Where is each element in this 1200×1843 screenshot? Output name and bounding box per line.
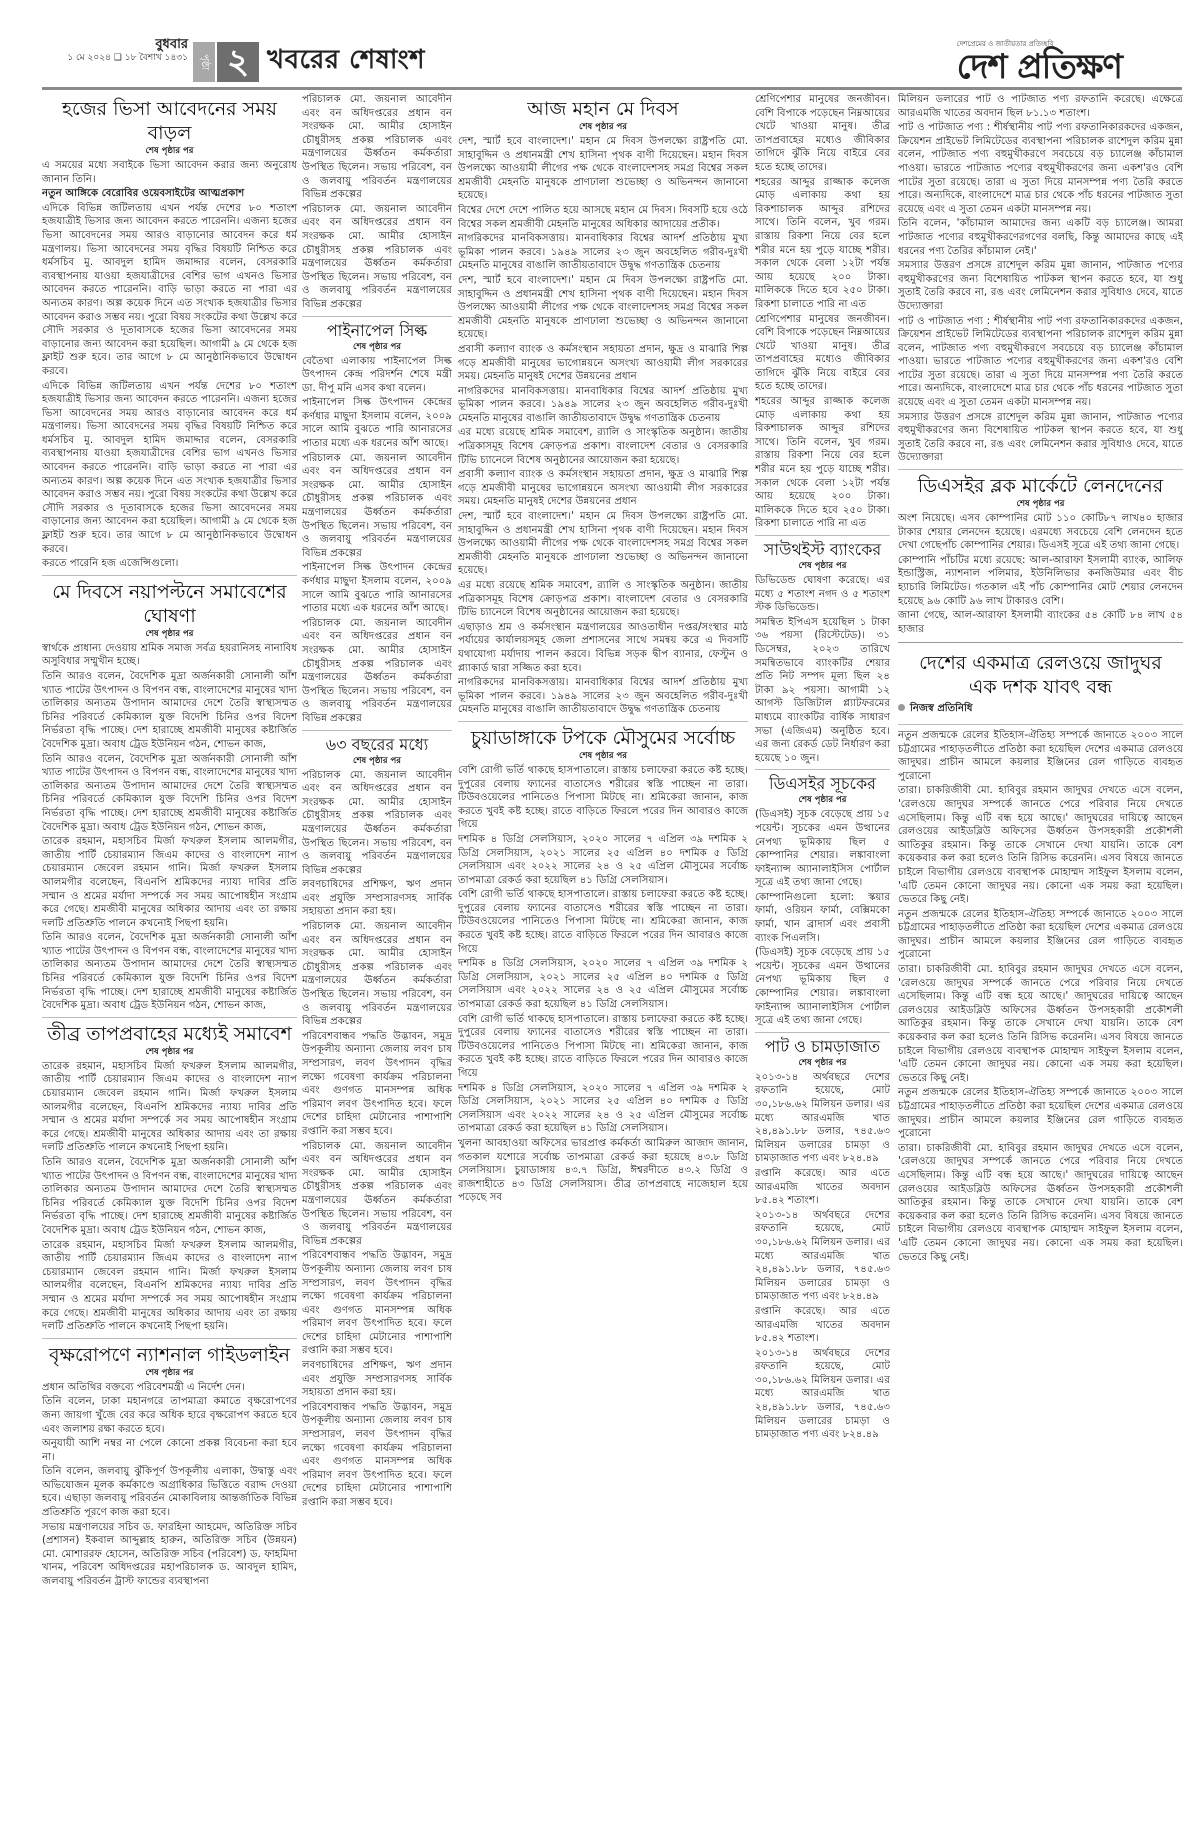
paragraph: নাগরিকদের মানবিকসত্তায়। মানবাধিকার বিশ্…: [458, 232, 748, 273]
page-label: পৃষ্ঠা: [193, 42, 215, 82]
column-1: হজের ভিসা আবেদনের সময় বাড়ল শেষ পৃষ্ঠার…: [42, 93, 297, 1843]
paragraph: খুলনা আবহাওয়া অফিসের ভারপ্রাপ্ত কর্মকর্…: [458, 1137, 748, 1205]
headline: চুয়াডাঙ্গাকে টপকে মৌসুমের সর্বোচ্চ: [458, 726, 748, 750]
paragraph: শহরের আব্দুর রাজ্জাক কলেজ মোড় এলাকায় ক…: [755, 395, 890, 531]
paragraph: নাগরিকদের মানবিকসত্তায়। মানবাধিকার বিশ্…: [458, 385, 748, 426]
article-railway-museum: দেশের একমাত্র রেলওয়ে জাদুঘর এক দশক যাবৎ…: [898, 642, 1183, 1264]
paragraph: সভায় মন্ত্রণালয়ের সচিব ড. ফারহিনা আহমে…: [42, 1521, 297, 1589]
paragraph: দশমিক ৪ ডিগ্রি সেলসিয়াস, ২০২০ সালের ৭ এ…: [458, 1082, 748, 1136]
continued-label: শেষ পৃষ্ঠার পর: [42, 1046, 297, 1058]
paragraph: ২০১৩-১৪ অর্থবছরে দেশের রফতানি হয়েছে, মো…: [755, 1347, 890, 1442]
article-may-day: আজ মহান মে দিবস শেষ পৃষ্ঠার পর দেশ, স্মা…: [458, 97, 748, 717]
paragraph: ২০১৩-১৪ অর্থবছরে দেশের রফতানি হয়েছে, মো…: [755, 1071, 890, 1166]
article-dse-index: ডিএসইর সূচকের শেষ পৃষ্ঠার পর (ডিএসই) সূচ…: [755, 774, 890, 1028]
paragraph: পরিবেশবান্ধব পদ্ধতি উদ্ভাবন, সমুদ্র উপকূ…: [302, 1249, 452, 1358]
headline: বৃক্ষরোপণে ন্যাশনাল গাইডলাইন: [42, 1343, 297, 1367]
header-rule: [42, 87, 1182, 90]
divider: [755, 769, 890, 770]
subheading: নতুন আঙ্গিকে বেরোবির ওয়েবসাইটের আত্মপ্র…: [42, 187, 297, 201]
divider: [898, 724, 1183, 725]
headline: তীব্র তাপপ্রবাহের মধ্যেই সমাবেশ: [42, 1022, 297, 1046]
paragraph: করতে পারেনি হজ এজেন্সিগুলো।: [42, 557, 297, 571]
paragraph: পাইনাপেল সিল্ক উৎপাদন কেন্দ্রের কর্ণধার …: [302, 396, 452, 450]
paragraph: শহরের আব্দুর রাজ্জাক কলেজ মোড় এলাকায় ক…: [755, 176, 890, 312]
paragraph: নতুন প্রজন্মকে রেলের ইতিহাস-ঐতিহ্য সম্পর…: [898, 1086, 1183, 1140]
paragraph: তারা। চাকরিজীবী মো. হাবিবুর রহমান জাদুঘর…: [898, 784, 1183, 906]
paragraph: প্রবাসী কল্যাণ ব্যাংক ও কর্মসংস্থান সহায…: [458, 343, 748, 384]
column-5: শ্রেণিপেশার মানুষের জনজীবন। বেশি বিপাকে …: [755, 93, 890, 1843]
paragraph: বিশ্বের দেশে দেশে পালিত হয়ে আসছে মহান ম…: [458, 204, 748, 231]
paragraph: কোম্পানি পাঁচটির মধ্যে রয়েছে: আল-আরাফা …: [898, 554, 1183, 608]
paragraph: নতুন প্রজন্মকে রেলের ইতিহাস-ঐতিহ্য সম্পর…: [898, 729, 1183, 783]
continued-label: শেষ পৃষ্ঠার পর: [898, 498, 1183, 510]
paragraph: পরিচালক মো. জয়নাল আবেদীন এবং বন অধিদপ্ত…: [302, 769, 452, 878]
paragraph: প্রবাসী কল্যাণ ব্যাংক ও কর্মসংস্থান সহায…: [458, 468, 748, 509]
headline: মে দিবসে নয়াপল্টনে সমাবেশের ঘোষণা: [42, 580, 297, 628]
paragraph: এ সময়ের মধ্যে সবাইকে ভিসা আবেদন করার জন…: [42, 159, 297, 186]
newspaper-logo: দেশপ্রেমের ও জাতীয়তার প্রতিচ্ছবি দেশ প্…: [957, 40, 1122, 85]
paragraph: (ডিএসই) সূচক বেড়েছে প্রায় ১৫ পয়েন্ট। …: [755, 946, 890, 1028]
divider: [898, 469, 1183, 470]
paragraph: পরিচালক মো. জয়নাল আবেদীন এবং বন অধিদপ্ত…: [302, 93, 452, 202]
paragraph: দশমিক ৪ ডিগ্রি সেলসিয়াস, ২০২০ সালের ৭ এ…: [458, 833, 748, 887]
paragraph: কোম্পানিগুলো হলো: স্কয়ার ফার্মা, ওরিয়ন…: [755, 891, 890, 945]
paragraph: বেশি রোগী ভর্তি থাকছে হাসপাতালে। রাস্তায…: [458, 888, 748, 956]
paragraph: ডিভিডেন্ড ঘোষণা করেছে। এর মধ্যে ৫ শতাংশ …: [755, 574, 890, 615]
column-2: পরিচালক মো. জয়নাল আবেদীন এবং বন অধিদপ্ত…: [302, 93, 452, 1843]
logo-name: দেশ প্রতিক্ষণ: [957, 49, 1122, 85]
headline: সাউথইস্ট ব্যাংকের: [755, 540, 890, 560]
paragraph: সমন্বিত ইপিএস হয়েছিল ১ টাকা ৩৬ পয়সা (র…: [755, 616, 890, 766]
masthead: বুধবার ১ মে ২০২৪ ❑ ১৮ বৈশাখ ১৪৩১ পৃষ্ঠা …: [0, 0, 1200, 60]
article-hajj: হজের ভিসা আবেদনের সময় বাড়ল শেষ পৃষ্ঠার…: [42, 97, 297, 571]
paragraph: তারেক রহমান, মহাসচিব মির্জা ফখরুল ইসলাম …: [42, 1060, 297, 1155]
paragraph: দেশ, স্মার্ট হবে বাংলাদেশ।' মহান মে দিবস…: [458, 135, 748, 203]
article-pineapple-silk: পাইনাপেল সিল্ক শেষ পৃষ্ঠার পর বেতৈথা এলা…: [302, 321, 452, 726]
paragraph: মিলিয়ন ডলারের পাট ও পাটজাত পণ্য রফতানি …: [898, 93, 1183, 120]
paragraph: প্রধান অতিথির বক্তব্যে পরিবেশমন্ত্রী এ ন…: [42, 1381, 297, 1395]
paragraph: স্বার্থকে প্রাধান্য দেওয়ায় শ্রমিক সমাজ…: [42, 642, 297, 669]
paragraph: পাট ও পাটজাত পণ্য : শীর্ষস্থানীয় পাট পণ…: [898, 315, 1183, 410]
paragraph: তিনি আরও বলেন, বৈদেশিক মুদ্রা অর্জনকারী …: [42, 670, 297, 752]
article-tree-guideline: বৃক্ষরোপণে ন্যাশনাল গাইডলাইন শেষ পৃষ্ঠার…: [42, 1343, 297, 1589]
paragraph: দশমিক ৪ ডিগ্রি সেলসিয়াস, ২০২০ সালের ৭ এ…: [458, 957, 748, 1011]
paragraph: তারেক রহমান, মহাসচিব মির্জা ফখরুল ইসলাম …: [42, 835, 297, 930]
paragraph: তিনি বলেন, জলবায়ু ঝুঁকিপূর্ণ উপকূলীয় এ…: [42, 1465, 297, 1519]
divider: [42, 1338, 297, 1339]
paragraph: শ্রেণিপেশার মানুষের জনজীবন। বেশি বিপাকে …: [755, 93, 890, 175]
paragraph: তিনি আরও বলেন, বৈদেশিক মুদ্রা অর্জনকারী …: [42, 931, 297, 1013]
paragraph: রপ্তানি করেছে। আর এতে আরএমজি খাতের অবদান…: [755, 1305, 890, 1346]
paragraph: (ডিএসই) সূচক বেড়েছে প্রায় ১৫ পয়েন্ট। …: [755, 808, 890, 890]
column-6: মিলিয়ন ডলারের পাট ও পাটজাত পণ্য রফতানি …: [898, 93, 1183, 1843]
paragraph: বেশি রোগী ভর্তি থাকছে হাসপাতালে। রাস্তায…: [458, 1013, 748, 1081]
weekday: বুধবার: [60, 38, 188, 52]
headline: ডিএসইর সূচকের: [755, 774, 890, 794]
column-3: আজ মহান মে দিবস শেষ পৃষ্ঠার পর দেশ, স্মা…: [458, 93, 748, 1843]
continued-label: শেষ পৃষ্ঠার পর: [755, 1057, 890, 1069]
paragraph: তিনি আরও বলেন, বৈদেশিক মুদ্রা অর্জনকারী …: [42, 753, 297, 835]
paragraph: পরিচালক মো. জয়নাল আবেদীন এবং বন অধিদপ্ত…: [302, 452, 452, 561]
continued-label: শেষ পৃষ্ঠার পর: [458, 121, 748, 133]
paragraph: লবণচাষিদের প্রশিক্ষণ, ঋণ প্রদান এবং প্রয…: [302, 878, 452, 919]
paragraph: বেতৈথা এলাকায় পাইনাপেল সিল্ক উৎপাদন কেন…: [302, 355, 452, 396]
headline: হজের ভিসা আবেদনের সময় বাড়ল: [42, 97, 297, 145]
headline-line-2: এক দশক যাবৎ বন্ধ: [898, 675, 1183, 699]
paragraph: তারা। চাকরিজীবী মো. হাবিবুর রহমান জাদুঘর…: [898, 963, 1183, 1085]
headline: পাট ও চামড়াজাত: [755, 1037, 890, 1057]
paragraph: জানা গেছে, আল-আরাফা ইসলামী ব্যাংকের ৫৪ ক…: [898, 609, 1183, 636]
continued-label: শেষ পৃষ্ঠার পর: [302, 755, 452, 767]
paragraph: তিনি বলেন, ঢাকা মহানগরে তাপমাত্রা কমাতে …: [42, 1395, 297, 1436]
paragraph: অংশ নিয়েছে। এসব কোম্পানির মোট ১১০ কোটি৮…: [898, 512, 1183, 553]
headline: ৬৩ বছরের মধ্যে: [302, 735, 452, 755]
section-title: খবরের শেষাংশ: [267, 44, 425, 76]
headline: আজ মহান মে দিবস: [458, 97, 748, 121]
paragraph: সমস্যার উত্তরণ প্রসঙ্গে রাশেদুল করিম মুন…: [898, 411, 1183, 465]
page-number: ২: [217, 42, 259, 82]
paragraph: পরিচালক মো. জয়নাল আবেদীন এবং বন অধিদপ্ত…: [302, 920, 452, 1029]
paragraph: পরিবেশবান্ধব পদ্ধতি উদ্ভাবন, সমুদ্র উপকূ…: [302, 1401, 452, 1510]
headline: পাইনাপেল সিল্ক: [302, 321, 452, 341]
article-may-day-rally: মে দিবসে নয়াপল্টনে সমাবেশের ঘোষণা শেষ প…: [42, 580, 297, 1013]
continued-label: শেষ পৃষ্ঠার পর: [42, 145, 297, 157]
paragraph: তিনি বলেন, 'কাঁচামাল আমাদের জন্য একটি বড…: [898, 217, 1183, 258]
paragraph: দেশ, স্মার্ট হবে বাংলাদেশ।' মহান মে দিবস…: [458, 274, 748, 342]
paragraph: সমস্যার উত্তরণ প্রসঙ্গে রাশেদুল করিম মুন…: [898, 259, 1183, 313]
divider: [302, 730, 452, 731]
continued-label: শেষ পৃষ্ঠার পর: [755, 560, 890, 572]
divider: [302, 316, 452, 317]
article-heatwave-rally: তীব্র তাপপ্রবাহের মধ্যেই সমাবেশ শেষ পৃষ্…: [42, 1022, 297, 1334]
paragraph: পরিচালক মো. জয়নাল আবেদীন এবং বন অধিদপ্ত…: [302, 203, 452, 312]
paragraph: পরিবেশবান্ধব পদ্ধতি উদ্ভাবন, সমুদ্র উপকূ…: [302, 1030, 452, 1139]
divider: [458, 721, 748, 722]
continued-label: শেষ পৃষ্ঠার পর: [42, 1367, 297, 1379]
article-dse-block: ডিএসইর ব্লক মার্কেটে লেনদেনের শেষ পৃষ্ঠা…: [898, 474, 1183, 636]
paragraph: শ্রেণিপেশার মানুষের জনজীবন। বেশি বিপাকে …: [755, 313, 890, 395]
continued-label: শেষ পৃষ্ঠার পর: [458, 750, 748, 762]
continued-label: শেষ পৃষ্ঠার পর: [755, 794, 890, 806]
byline: নিজস্ব প্রতিনিধি: [898, 702, 1183, 716]
paragraph: নাগরিকদের মানবিকসত্তায়। মানবাধিকার বিশ্…: [458, 676, 748, 717]
paragraph: তারেক রহমান, মহাসচিব মির্জা ফখরুল ইসলাম …: [42, 1239, 297, 1334]
paragraph: পাট ও পাটজাত পণ্য : শীর্ষস্থানীয় পাট পণ…: [898, 121, 1183, 216]
headline: ডিএসইর ব্লক মার্কেটে লেনদেনের: [898, 474, 1183, 498]
continued-label: শেষ পৃষ্ঠার পর: [302, 341, 452, 353]
paragraph: ২০১৩-১৪ অর্থবছরে দেশের রফতানি হয়েছে, মো…: [755, 1209, 890, 1304]
divider: [755, 535, 890, 536]
issue-date: ১ মে ২০২৪ ❑ ১৮ বৈশাখ ১৪৩১: [60, 52, 188, 64]
article-63-years: ৬৩ বছরের মধ্যে শেষ পৃষ্ঠার পর পরিচালক মো…: [302, 735, 452, 1510]
paragraph: এছাড়াও শ্রম ও কর্মসংস্থান মন্ত্রণালয়ের…: [458, 621, 748, 675]
paragraph: বেশি রোগী ভর্তি থাকছে হাসপাতালে। রাস্তায…: [458, 764, 748, 832]
divider: [42, 1017, 297, 1018]
divider: [42, 575, 297, 576]
paragraph: এর মধ্যে রয়েছে শ্রমিক সমাবেশ, র‌্যালি ও…: [458, 426, 748, 467]
paragraph: রপ্তানি করেছে। আর এতে আরএমজি খাতের অবদান…: [755, 1167, 890, 1208]
divider: [755, 1032, 890, 1033]
continued-label: শেষ পৃষ্ঠার পর: [42, 628, 297, 640]
paragraph: অনুযায়ী আশি নম্বর না পেলে কোনো প্রকল্প …: [42, 1437, 297, 1464]
article-southeast-bank: সাউথইস্ট ব্যাংকের শেষ পৃষ্ঠার পর ডিভিডেন…: [755, 540, 890, 765]
paragraph: দেশ, স্মার্ট হবে বাংলাদেশ।' মহান মে দিবস…: [458, 510, 748, 578]
paragraph: পাইনাপেল সিল্ক উৎপাদন কেন্দ্রের কর্ণধার …: [302, 561, 452, 615]
paragraph: লবণচাষিদের প্রশিক্ষণ, ঋণ প্রদান এবং প্রয…: [302, 1359, 452, 1400]
paragraph: পরিচালক মো. জয়নাল আবেদীন এবং বন অধিদপ্ত…: [302, 617, 452, 726]
paragraph: এদিকে বিভিন্ন জটিলতায় এখন পর্যন্ত দেশের…: [42, 202, 297, 379]
article-chuadanga: চুয়াডাঙ্গাকে টপকে মৌসুমের সর্বোচ্চ শেষ …: [458, 726, 748, 1205]
paragraph: তিনি আরও বলেন, বৈদেশিক মুদ্রা অর্জনকারী …: [42, 1156, 297, 1238]
headline-line-1: দেশের একমাত্র রেলওয়ে জাদুঘর: [898, 651, 1183, 675]
paragraph: তারা। চাকরিজীবী মো. হাবিবুর রহমান জাদুঘর…: [898, 1142, 1183, 1264]
article-jute-leather: পাট ও চামড়াজাত শেষ পৃষ্ঠার পর ২০১৩-১৪ অ…: [755, 1037, 890, 1442]
paragraph: নতুন প্রজন্মকে রেলের ইতিহাস-ঐতিহ্য সম্পর…: [898, 908, 1183, 962]
paragraph: পরিচালক মো. জয়নাল আবেদীন এবং বন অধিদপ্ত…: [302, 1140, 452, 1249]
paragraph: এর মধ্যে রয়েছে শ্রমিক সমাবেশ, র‌্যালি ও…: [458, 579, 748, 620]
paragraph: এদিকে বিভিন্ন জটিলতায় এখন পর্যন্ত দেশের…: [42, 380, 297, 557]
date-block: বুধবার ১ মে ২০২৪ ❑ ১৮ বৈশাখ ১৪৩১: [60, 38, 188, 64]
